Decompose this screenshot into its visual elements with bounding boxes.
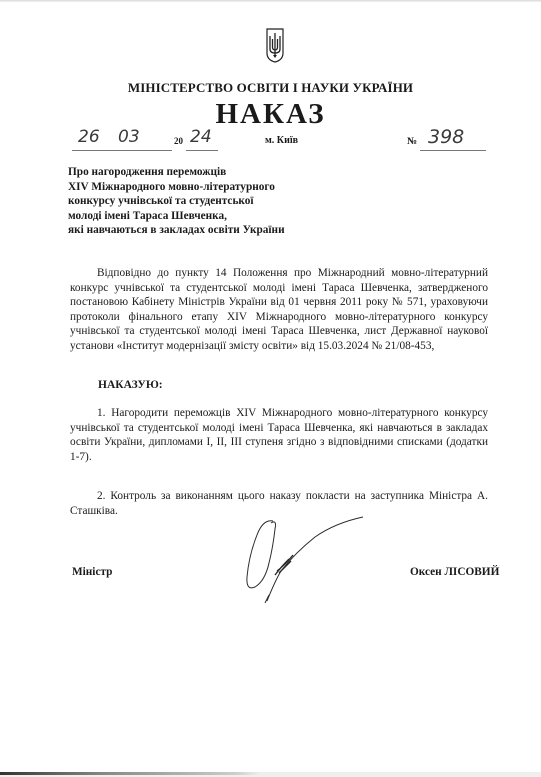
subject-line: конкурсу учнівської та студентської <box>68 194 285 209</box>
subject-line: Про нагородження переможців <box>68 165 285 180</box>
scan-edge-shadow <box>0 772 260 775</box>
ministry-name: МІНІСТЕРСТВО ОСВІТИ І НАУКИ УКРАЇНИ <box>0 80 541 96</box>
order-number: 398 <box>428 126 464 148</box>
order-item-1: 1. Нагородити переможців XIV Міжнародног… <box>70 406 488 464</box>
order-subject: Про нагородження переможців XIV Міжнарод… <box>68 165 285 238</box>
date-century: 20 <box>174 136 183 146</box>
subject-line: які навчаються в закладах освіти України <box>68 223 285 238</box>
city: м. Київ <box>265 135 298 146</box>
signatory-name: Оксен ЛІСОВИЙ <box>410 566 499 578</box>
order-word: НАКАЗУЮ: <box>98 379 163 391</box>
page-top-edge <box>0 0 541 2</box>
handwritten-signature-icon <box>245 515 365 615</box>
subject-line: XIV Міжнародного мовно-літературного <box>68 180 285 195</box>
preamble-paragraph: Відповідно до пункту 14 Положення про Мі… <box>70 266 488 354</box>
date-year: 24 <box>190 127 212 147</box>
date-month: 03 <box>118 127 140 147</box>
order-item-2: 2. Контроль за виконанням цього наказу п… <box>70 489 488 518</box>
date-day: 26 <box>78 127 100 147</box>
signatory-title: Міністр <box>72 566 112 578</box>
subject-line: молоді імені Тараса Шевченка, <box>68 209 285 224</box>
ukraine-trident-icon <box>266 27 284 63</box>
number-sign: № <box>407 136 417 147</box>
